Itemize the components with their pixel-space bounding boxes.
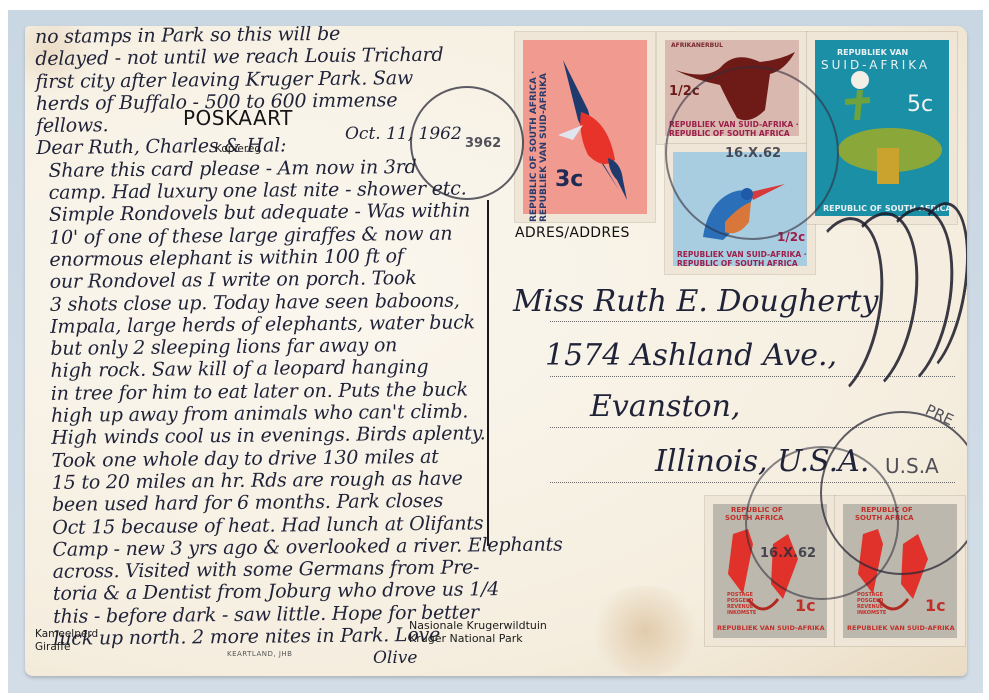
- caption-left: Kameelperd Giraffe: [35, 628, 98, 654]
- postmark-date: 16.X.62: [760, 546, 816, 561]
- caption-english: Giraffe: [35, 641, 98, 654]
- caption-right: Nasionale Krugerwildtuin Kruger National…: [409, 619, 547, 645]
- stamp-value: 3c: [555, 167, 583, 192]
- postcard-title: POSKAART: [183, 106, 293, 130]
- stamp-country-top: REPUBLIEK VAN: [837, 48, 908, 57]
- stamp-country-bottom: REPUBLIEK VAN SUID-AFRIKA: [847, 624, 957, 632]
- stain: [585, 586, 705, 676]
- stamp-value: 1c: [925, 596, 946, 615]
- caption-english: Kruger National Park: [409, 632, 547, 645]
- address-line-city: Evanston,: [590, 389, 740, 424]
- publisher-imprint: KEARTLAND, JHB: [227, 650, 293, 658]
- stamp-country: REPUBLIC OF SOUTH AFRICA · REPUBLIEK VAN…: [529, 52, 549, 222]
- stamp-value: 5c: [907, 92, 933, 117]
- caption-afrikaans: Nasionale Krugerwildtuin: [409, 619, 547, 632]
- stamp-country-bottom: REPUBLIEK VAN SUID-AFRIKA: [717, 624, 827, 632]
- copyright-label: Kopiereg: [215, 143, 261, 155]
- stamp-small-text: POSTAGEPOSGELDREVENUEINKOMSTE: [857, 592, 886, 616]
- stamp-country-main: SUID-AFRIKA: [821, 58, 930, 72]
- postmark-date: 16.X.62: [725, 146, 781, 161]
- signature: Olive: [373, 648, 417, 668]
- handwritten-date: Oct. 11, 1962: [345, 124, 462, 144]
- stamp-country: REPUBLIEK VAN SUID-AFRIKA · REPUBLIC OF …: [677, 250, 807, 268]
- address-label: ADRES/ADDRES: [515, 225, 630, 241]
- postmark-text: 3962: [465, 136, 501, 151]
- postmark-circle: [745, 446, 899, 600]
- divider-line: [487, 200, 489, 546]
- stamp-3c-bird: REPUBLIC OF SOUTH AFRICA · REPUBLIEK VAN…: [515, 32, 655, 222]
- stamp-small-text: POSTAGEPOSGELDREVENUEINKOMSTE: [727, 592, 756, 616]
- postmark-usa: U.S.A: [885, 454, 939, 478]
- stamp-label: AFRIKANERBUL: [671, 42, 723, 49]
- postcard: no stamps in Park so this will bedelayed…: [25, 26, 967, 676]
- caption-afrikaans: Kameelperd: [35, 628, 98, 641]
